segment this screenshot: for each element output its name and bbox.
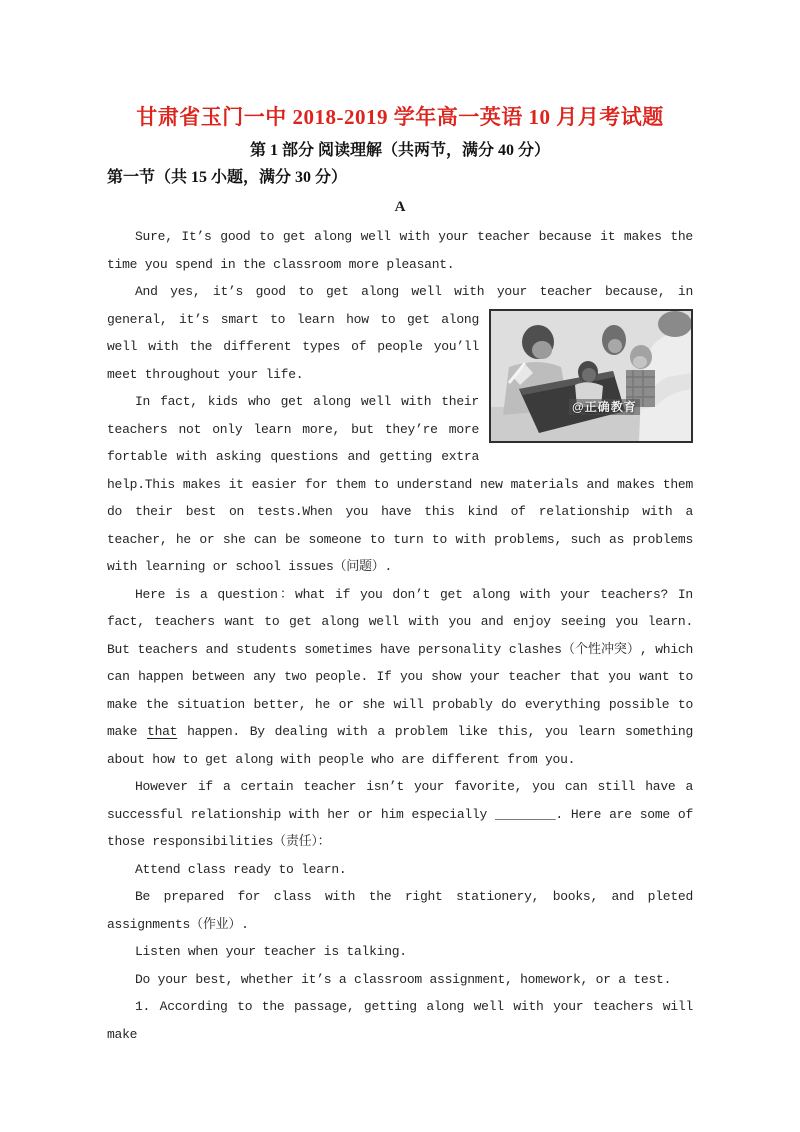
paragraph-4: Here is a question：what if you don’t get… (107, 581, 693, 774)
paragraph-4-text-after-underline: happen. By dealing with a problem like t… (107, 724, 693, 767)
question-1-text: 1. According to the passage, getting alo… (107, 999, 693, 1042)
bullet-be-prepared-text: Be prepared for class with the right sta… (107, 889, 693, 932)
question-1: 1. According to the passage, getting alo… (107, 993, 693, 1048)
bullet-listen: Listen when your teacher is talking. (107, 938, 693, 966)
section-header: 第一节（共 15 小题，满分 30 分） (107, 164, 693, 191)
passage-label: A (107, 193, 693, 222)
bullet-listen-text: Listen when your teacher is talking. (135, 944, 407, 959)
underlined-word-that: that (147, 724, 177, 739)
paragraph-2: And yes, it’s good to get along well wit… (107, 278, 693, 388)
bullet-attend-class-text: Attend class ready to learn. (135, 862, 346, 877)
paragraph-5-text: However if a certain teacher isn’t your … (107, 779, 693, 849)
photo-illustration (491, 311, 691, 441)
paragraph-4-text-before-underline: Here is a question：what if you don’t get… (107, 587, 693, 740)
bullet-attend-class: Attend class ready to learn. (107, 856, 693, 884)
bullet-be-prepared: Be prepared for class with the right sta… (107, 883, 693, 938)
page-title: 甘肃省玉门一中 2018-2019 学年高一英语 10 月月考试题 (107, 103, 693, 131)
photo-watermark: @正确教育 (569, 399, 640, 415)
teacher-reading-photo: @正确教育 (489, 309, 693, 443)
part-header: 第 1 部分 阅读理解（共两节，满分 40 分） (107, 137, 693, 164)
paragraph-1: Sure, It’s good to get along well with y… (107, 223, 693, 278)
exam-page: 甘肃省玉门一中 2018-2019 学年高一英语 10 月月考试题 第 1 部分… (0, 0, 800, 1132)
paragraph-5: However if a certain teacher isn’t your … (107, 773, 693, 856)
paragraph-1-text: Sure, It’s good to get along well with y… (107, 229, 693, 272)
bullet-do-your-best-text: Do your best, whether it’s a classroom a… (135, 972, 671, 987)
reading-passage: Sure, It’s good to get along well with y… (107, 223, 693, 1048)
bullet-do-your-best: Do your best, whether it’s a classroom a… (107, 966, 693, 994)
